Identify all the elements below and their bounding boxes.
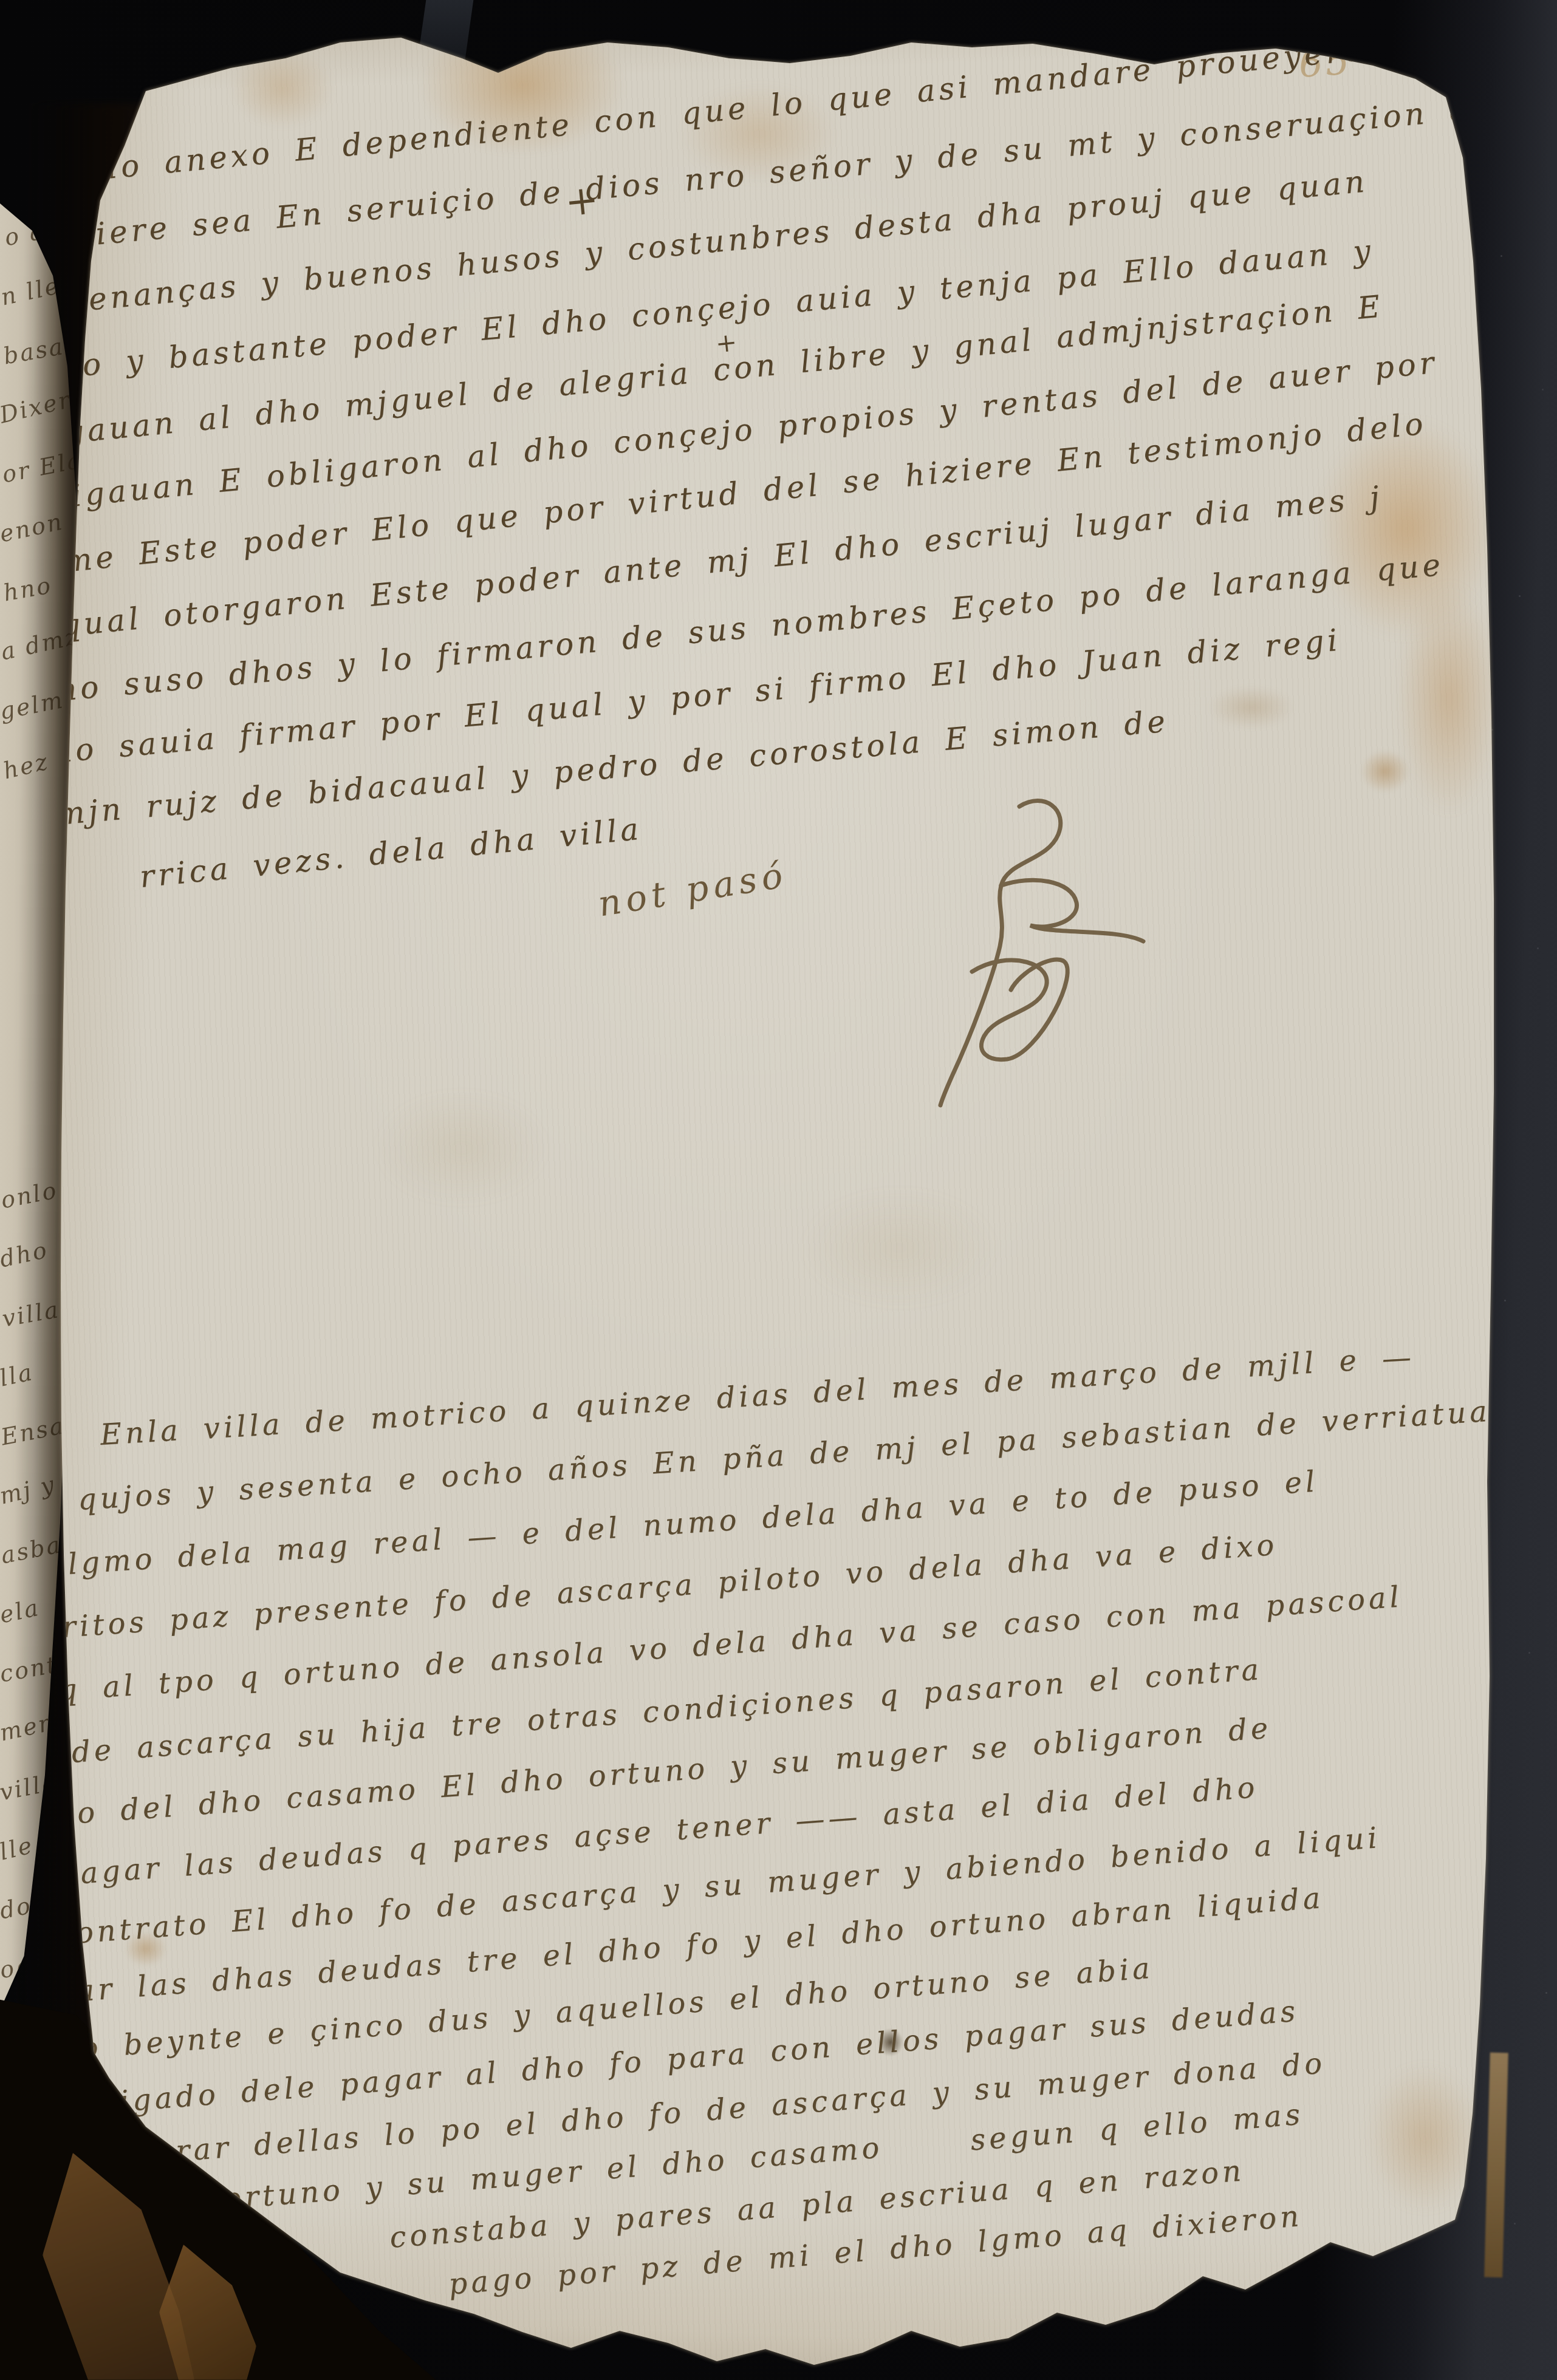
manuscript-photo: o ala n lle basa Dixero or Ela enon hno … [0, 0, 1557, 2380]
notary-rubric-flourish [863, 789, 1166, 1130]
manuscript-page: 65 llo anexo E dependiente con que lo qu… [0, 0, 1557, 2380]
manuscript-text-line: rrica vezs. dela dha villa [138, 811, 643, 895]
paper-stain [1397, 583, 1501, 814]
ink-cross-mark: + [714, 327, 739, 358]
paper-stain [1367, 2065, 1482, 2211]
notary-closing-note: not pasó [595, 854, 790, 924]
paper-stain [377, 1093, 547, 1202]
paper-stain [802, 1190, 996, 1306]
paper-stain [1209, 686, 1294, 729]
paper-stain [231, 49, 334, 128]
ink-cross-mark: + [563, 176, 601, 225]
paper-stain [1361, 750, 1409, 793]
paper-stain [1315, 419, 1497, 638]
manuscript-page-wrap: 65 llo anexo E dependiente con que lo qu… [0, 0, 1557, 2380]
